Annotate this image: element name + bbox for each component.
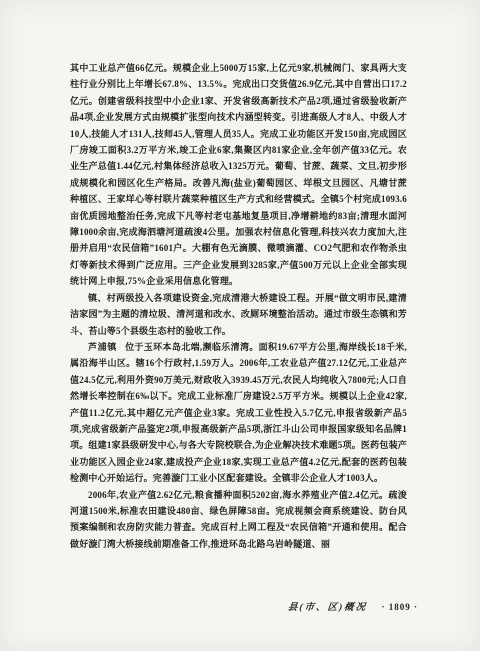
footer-section-title: 县(市、区)概况 [287,599,368,613]
scanned-yearbook-page: 其中工业总产值66亿元。规模企业上5000万15家,上亿元9家,机械阀门、家具两… [0,0,480,651]
body-paragraph-industry-continued: 其中工业总产值66亿元。规模企业上5000万15家,上亿元9家,机械阀门、家具两… [70,60,407,290]
lupu-town-heading: 芦浦镇 [88,342,117,352]
body-paragraph-town-village-construction: 镇、村两级投入各项建设资金,完成清港大桥建设工程。开展“做文明市民,建清洁家园”… [70,290,407,339]
page-footer: 县(市、区)概况 · 1809 · [288,599,418,613]
body-paragraph-lupu-town: 芦浦镇位于玉环本岛北端,濒临乐清湾。面积19.67平方公里,海岸线长18千米,属… [70,339,407,487]
body-text-block: 其中工业总产值66亿元。规模企业上5000万15家,上亿元9家,机械阀门、家具两… [70,60,407,552]
body-paragraph-lupu-agriculture-2006: 2006年,农业产值2.62亿元,粮食播种面积5202亩,海水养殖业产值2.4亿… [70,487,407,553]
footer-page-number: · 1809 · [381,602,418,612]
lupu-town-overview-text: 位于玉环本岛北端,濒临乐清湾。面积19.67平方公里,海岸线长18千米,属沿海半… [70,342,407,483]
